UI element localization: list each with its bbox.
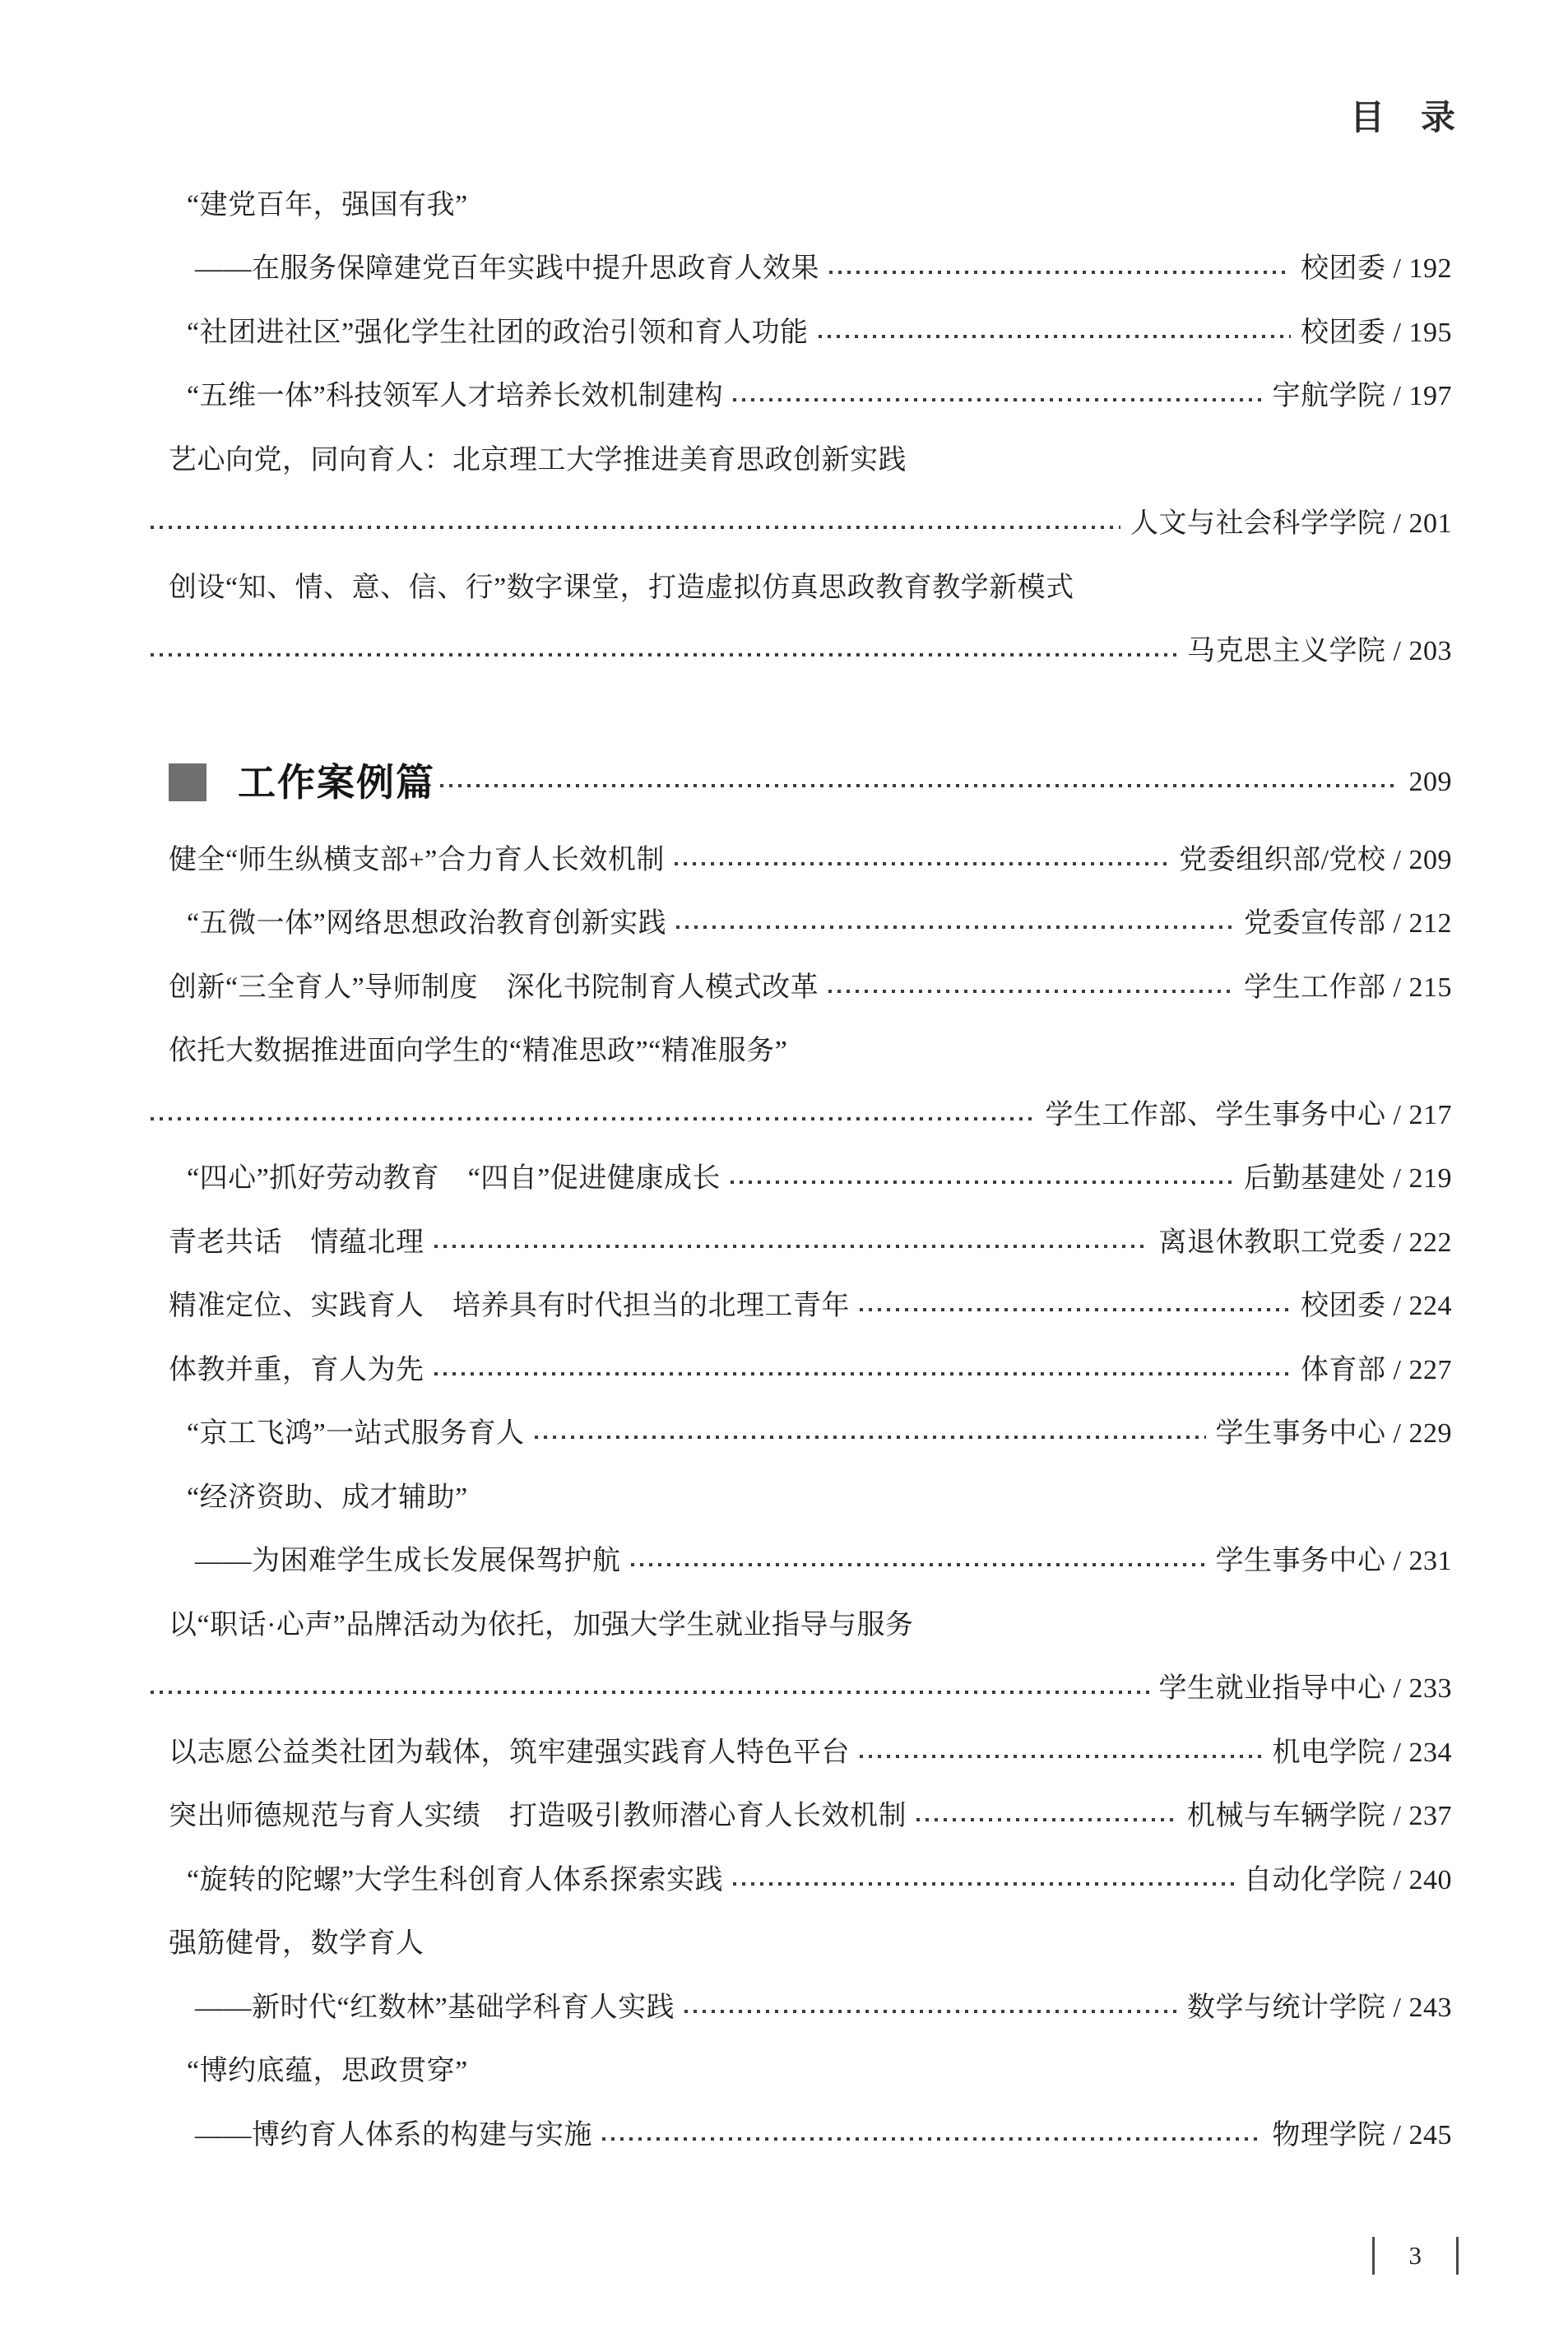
entry-title: 创新“三全育人”导师制度 深化书院制育人模式改革 [169, 974, 819, 1002]
entry-ref: 党委组织部/党校 / 209 [1179, 847, 1452, 875]
dotted-leader [440, 784, 1399, 787]
dotted-leader [631, 1563, 1206, 1566]
page-title: 目 录 [1350, 90, 1456, 140]
toc-row: “五微一体”网络思想政治教育创新实践党委宣传部 / 212 [169, 893, 1452, 957]
dotted-leader [434, 1245, 1149, 1248]
entry-ref: 机械与车辆学院 / 237 [1187, 1802, 1452, 1830]
entry-ref: 自动化学院 / 240 [1244, 1867, 1452, 1895]
dotted-leader [602, 2137, 1263, 2141]
entry-title: 创设“知、情、意、信、行”数字课堂，打造虚拟仿真思政教育教学新模式 [169, 574, 1074, 602]
entry-title: ——新时代“红数林”基础学科育人实践 [195, 1994, 675, 2022]
dotted-leader [535, 1436, 1206, 1439]
footer-left-bar [1372, 2237, 1375, 2275]
toc-page: 目 录 “建党百年，强国有我”——在服务保障建党百年实践中提升思政育人效果校团委… [0, 0, 1568, 2329]
footer-page-number: 3 [1409, 2241, 1422, 2271]
toc-row: ——博约育人体系的构建与实施物理学院 / 245 [169, 2104, 1452, 2168]
entry-ref: 学生事务中心 / 229 [1216, 1420, 1452, 1448]
entry-title: “京工飞鸿”一站式服务育人 [187, 1420, 525, 1448]
entry-title: “博约底蕴，思政贯穿” [187, 2058, 468, 2085]
entry-title: “五微一体”网络思想政治教育创新实践 [187, 910, 666, 938]
footer-right-bar [1456, 2237, 1459, 2275]
entry-title: ——博约育人体系的构建与实施 [195, 2122, 592, 2150]
section-heading-row: 工作案例篇209 [169, 736, 1452, 828]
section-page-number: 209 [1409, 768, 1453, 796]
entry-ref: 校团委 / 195 [1301, 319, 1452, 347]
toc-row: 学生工作部、学生事务中心 / 217 [169, 1083, 1452, 1148]
entry-title: “四心”抓好劳动教育 “四自”促进健康成长 [187, 1165, 721, 1193]
dotted-leader [151, 1691, 1149, 1694]
dotted-leader [684, 2010, 1177, 2013]
dotted-leader [675, 862, 1169, 865]
dotted-leader [828, 990, 1234, 993]
toc-row: 马克思主义学院 / 203 [169, 620, 1452, 684]
entry-title: “社团进社区”强化学生社团的政治引领和育人功能 [187, 319, 809, 347]
toc-row: 健全“师生纵横支部+”合力育人长效机制党委组织部/党校 / 209 [169, 828, 1452, 893]
entry-ref: 学生就业指导中心 / 233 [1159, 1675, 1452, 1703]
entry-title: 强筋健骨，数学育人 [169, 1930, 424, 1958]
entry-ref: 物理学院 / 245 [1273, 2122, 1452, 2150]
entry-ref: 马克思主义学院 / 203 [1187, 638, 1452, 666]
entry-title: 艺心向党，同向育人：北京理工大学推进美育思政创新实践 [169, 447, 907, 475]
toc-list: “建党百年，强国有我”——在服务保障建党百年实践中提升思政育人效果校团委 / 1… [169, 174, 1452, 2168]
dotted-leader [731, 1181, 1234, 1184]
entry-ref: 宇航学院 / 197 [1273, 383, 1452, 411]
dotted-leader [151, 653, 1177, 656]
toc-row: 创新“三全育人”导师制度 深化书院制育人模式改革学生工作部 / 215 [169, 956, 1452, 1020]
section-bullet-square-icon [169, 763, 206, 801]
entry-ref: 机电学院 / 234 [1273, 1739, 1452, 1767]
section-title: 工作案例篇 [238, 763, 435, 801]
entry-ref: 数学与统计学院 / 243 [1187, 1994, 1452, 2022]
entry-ref: 后勤基建处 / 219 [1244, 1165, 1452, 1193]
entry-title: 青老共话 情蕴北理 [169, 1229, 424, 1257]
entry-ref: 校团委 / 192 [1301, 255, 1452, 283]
dotted-leader [434, 1372, 1292, 1376]
entry-title: “旋转的陀螺”大学生科创育人体系探索实践 [187, 1867, 723, 1895]
entry-ref: 人文与社会科学学院 / 201 [1130, 510, 1452, 538]
toc-row: 依托大数据推进面向学生的“精准思政”“精准服务” [169, 1020, 1452, 1084]
entry-ref: 校团委 / 224 [1301, 1292, 1452, 1320]
entry-ref: 党委宣传部 / 212 [1244, 910, 1452, 938]
toc-row: 以“职话·心声”品牌活动为依托，加强大学生就业指导与服务 [169, 1594, 1452, 1658]
toc-row: ——在服务保障建党百年实践中提升思政育人效果校团委 / 192 [169, 238, 1452, 302]
entry-ref: 离退休教职工党委 / 222 [1159, 1229, 1452, 1257]
entry-title: “五维一体”科技领军人才培养长效机制建构 [187, 383, 723, 411]
entry-ref: 学生事务中心 / 231 [1216, 1547, 1452, 1575]
toc-row: 人文与社会科学学院 / 201 [169, 493, 1452, 557]
entry-title: ——为困难学生成长发展保驾护航 [195, 1547, 621, 1575]
toc-row: 学生就业指导中心 / 233 [169, 1658, 1452, 1722]
toc-row: 体教并重，育人为先体育部 / 227 [169, 1338, 1452, 1403]
toc-row: 以志愿公益类社团为载体，筑牢建强实践育人特色平台机电学院 / 234 [169, 1721, 1452, 1785]
toc-row: 突出师德规范与育人实绩 打造吸引教师潜心育人长效机制机械与车辆学院 / 237 [169, 1785, 1452, 1849]
entry-title: ——在服务保障建党百年实践中提升思政育人效果 [195, 255, 819, 283]
toc-row: “京工飞鸿”一站式服务育人学生事务中心 / 229 [169, 1403, 1452, 1467]
toc-row: “经济资助、成才辅助” [169, 1466, 1452, 1530]
dotted-leader [829, 271, 1291, 274]
dotted-leader [151, 526, 1120, 529]
entry-title: 以志愿公益类社团为载体，筑牢建强实践育人特色平台 [169, 1739, 850, 1767]
entry-ref: 体育部 / 227 [1301, 1357, 1452, 1385]
dotted-leader [860, 1308, 1291, 1311]
dotted-leader [151, 1117, 1036, 1120]
toc-row: “四心”抓好劳动教育 “四自”促进健康成长后勤基建处 / 219 [169, 1148, 1452, 1212]
dotted-leader [860, 1755, 1263, 1758]
toc-row: ——新时代“红数林”基础学科育人实践数学与统计学院 / 243 [169, 1976, 1452, 2040]
entry-title: “建党百年，强国有我” [187, 192, 468, 220]
entry-title: 健全“师生纵横支部+”合力育人长效机制 [169, 847, 665, 875]
toc-row: “建党百年，强国有我” [169, 174, 1452, 238]
toc-row: 强筋健骨，数学育人 [169, 1913, 1452, 1977]
toc-row: 精准定位、实践育人 培养具有时代担当的北理工青年校团委 / 224 [169, 1275, 1452, 1339]
toc-row: “博约底蕴，思政贯穿” [169, 2040, 1452, 2104]
dotted-leader [916, 1818, 1177, 1821]
entry-title: “经济资助、成才辅助” [187, 1484, 468, 1512]
page-footer: 3 [1372, 2237, 1459, 2275]
entry-ref: 学生工作部 / 215 [1244, 974, 1452, 1002]
dotted-leader [676, 926, 1234, 929]
toc-row: “社团进社区”强化学生社团的政治引领和育人功能校团委 / 195 [169, 301, 1452, 365]
entry-title: 依托大数据推进面向学生的“精准思政”“精准服务” [169, 1037, 787, 1065]
toc-row: 艺心向党，同向育人：北京理工大学推进美育思政创新实践 [169, 429, 1452, 493]
toc-row: ——为困难学生成长发展保驾护航学生事务中心 / 231 [169, 1530, 1452, 1594]
entry-title: 精准定位、实践育人 培养具有时代担当的北理工青年 [169, 1292, 850, 1320]
dotted-leader [733, 398, 1262, 401]
entry-title: 突出师德规范与育人实绩 打造吸引教师潜心育人长效机制 [169, 1802, 907, 1830]
toc-row: “五维一体”科技领军人才培养长效机制建构宇航学院 / 197 [169, 365, 1452, 429]
entry-ref: 学生工作部、学生事务中心 / 217 [1046, 1102, 1452, 1130]
toc-row: 青老共话 情蕴北理离退休教职工党委 / 222 [169, 1211, 1452, 1275]
dotted-leader [733, 1882, 1234, 1886]
toc-row: 创设“知、情、意、信、行”数字课堂，打造虚拟仿真思政教育教学新模式 [169, 556, 1452, 620]
toc-row: “旋转的陀螺”大学生科创育人体系探索实践自动化学院 / 240 [169, 1849, 1452, 1913]
entry-title: 以“职话·心声”品牌活动为依托，加强大学生就业指导与服务 [169, 1612, 914, 1640]
dotted-leader [819, 335, 1291, 338]
entry-title: 体教并重，育人为先 [169, 1357, 424, 1385]
